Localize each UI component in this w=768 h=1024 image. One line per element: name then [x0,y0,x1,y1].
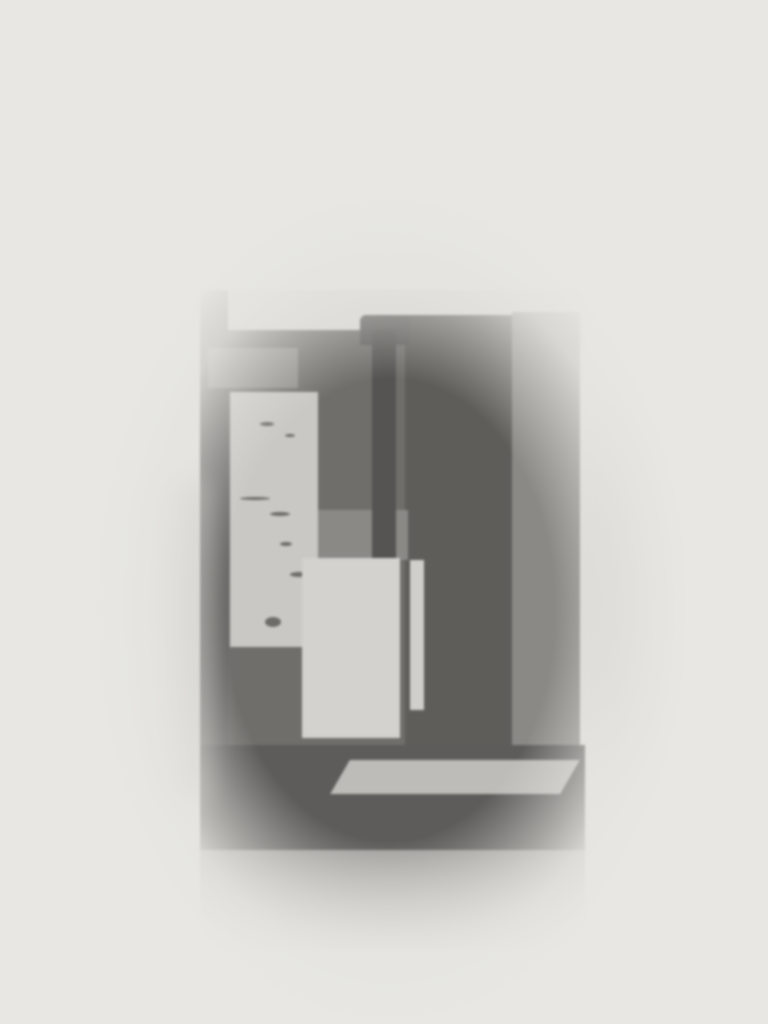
bright-doorway [302,558,400,738]
sand-patch [330,760,580,794]
left-shadow [140,480,210,800]
light-slit [410,560,424,710]
stain [260,422,274,426]
stain [280,542,292,546]
photo-scene [200,290,585,950]
foreground [200,850,585,950]
stain [270,512,290,516]
stain [240,497,270,500]
upper-beam [208,348,298,388]
right-haze [585,380,745,780]
stain [285,434,295,437]
stain [265,617,281,627]
